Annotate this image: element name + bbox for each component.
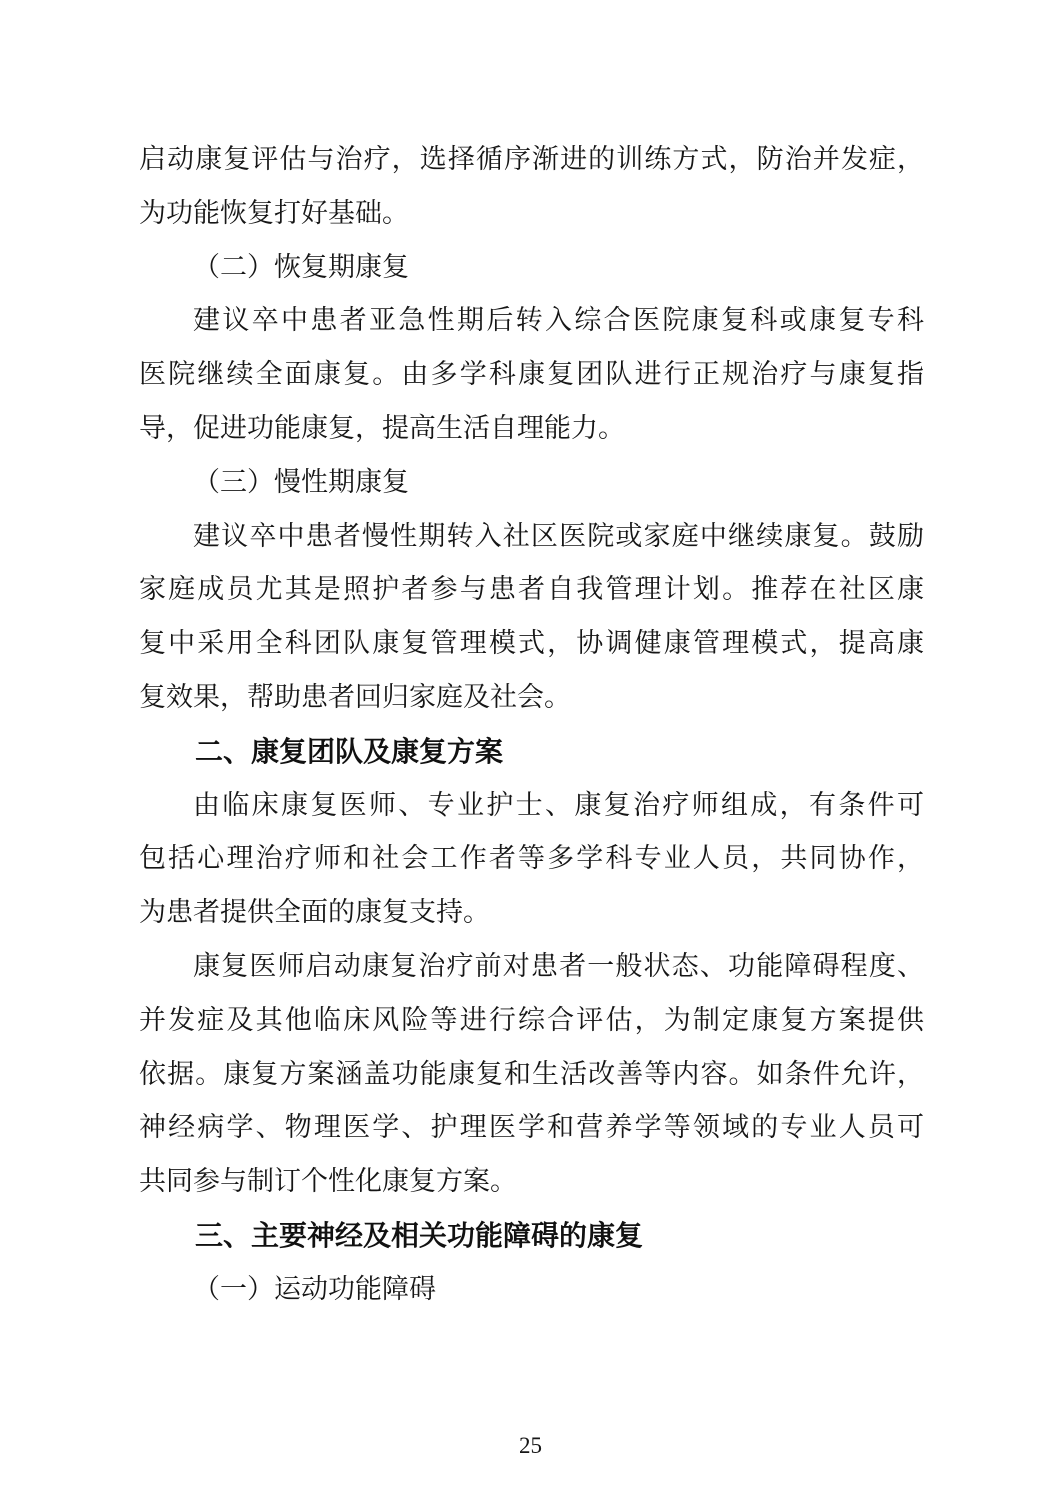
- body-line: 建议卒中患者亚急性期后转入综合医院康复科或康复专科: [139, 294, 924, 348]
- page-number: 25: [0, 1433, 1061, 1459]
- body-line: 为功能恢复打好基础。: [139, 187, 924, 241]
- body-line: 包括心理治疗师和社会工作者等多学科专业人员，共同协作，: [139, 832, 924, 886]
- body-line: 并发症及其他临床风险等进行综合评估，为制定康复方案提供: [139, 994, 924, 1048]
- body-line: 共同参与制订个性化康复方案。: [139, 1155, 924, 1209]
- body-line: 家庭成员尤其是照护者参与患者自我管理计划。推荐在社区康: [139, 563, 924, 617]
- document-content: 启动康复评估与治疗，选择循序渐进的训练方式，防治并发症，为功能恢复打好基础。（二…: [139, 133, 924, 1317]
- paragraph: 康复医师启动康复治疗前对患者一般状态、功能障碍程度、并发症及其他临床风险等进行综…: [139, 940, 924, 1209]
- sub-heading: （二）恢复期康复: [139, 241, 924, 295]
- paragraph: 启动康复评估与治疗，选择循序渐进的训练方式，防治并发症，为功能恢复打好基础。: [139, 133, 924, 241]
- section-heading: 二、康复团队及康复方案: [139, 725, 924, 779]
- body-line: 医院继续全面康复。由多学科康复团队进行正规治疗与康复指: [139, 348, 924, 402]
- body-line: 为患者提供全面的康复支持。: [139, 886, 924, 940]
- paragraph: 由临床康复医师、专业护士、康复治疗师组成，有条件可包括心理治疗师和社会工作者等多…: [139, 779, 924, 940]
- body-line: 康复医师启动康复治疗前对患者一般状态、功能障碍程度、: [139, 940, 924, 994]
- body-line: 由临床康复医师、专业护士、康复治疗师组成，有条件可: [139, 779, 924, 833]
- body-line: 复中采用全科团队康复管理模式，协调健康管理模式，提高康: [139, 617, 924, 671]
- body-line: 复效果，帮助患者回归家庭及社会。: [139, 671, 924, 725]
- body-line: 神经病学、物理医学、护理医学和营养学等领域的专业人员可: [139, 1101, 924, 1155]
- paragraph: 建议卒中患者亚急性期后转入综合医院康复科或康复专科医院继续全面康复。由多学科康复…: [139, 294, 924, 455]
- section-heading: 三、主要神经及相关功能障碍的康复: [139, 1209, 924, 1263]
- sub-heading: （一）运动功能障碍: [139, 1263, 924, 1317]
- body-line: 导，促进功能康复，提高生活自理能力。: [139, 402, 924, 456]
- body-line: 启动康复评估与治疗，选择循序渐进的训练方式，防治并发症，: [139, 133, 924, 187]
- sub-heading: （三）慢性期康复: [139, 456, 924, 510]
- paragraph: 建议卒中患者慢性期转入社区医院或家庭中继续康复。鼓励家庭成员尤其是照护者参与患者…: [139, 510, 924, 725]
- body-line: 依据。康复方案涵盖功能康复和生活改善等内容。如条件允许，: [139, 1048, 924, 1102]
- document-page: 启动康复评估与治疗，选择循序渐进的训练方式，防治并发症，为功能恢复打好基础。（二…: [0, 0, 1061, 1500]
- body-line: 建议卒中患者慢性期转入社区医院或家庭中继续康复。鼓励: [139, 510, 924, 564]
